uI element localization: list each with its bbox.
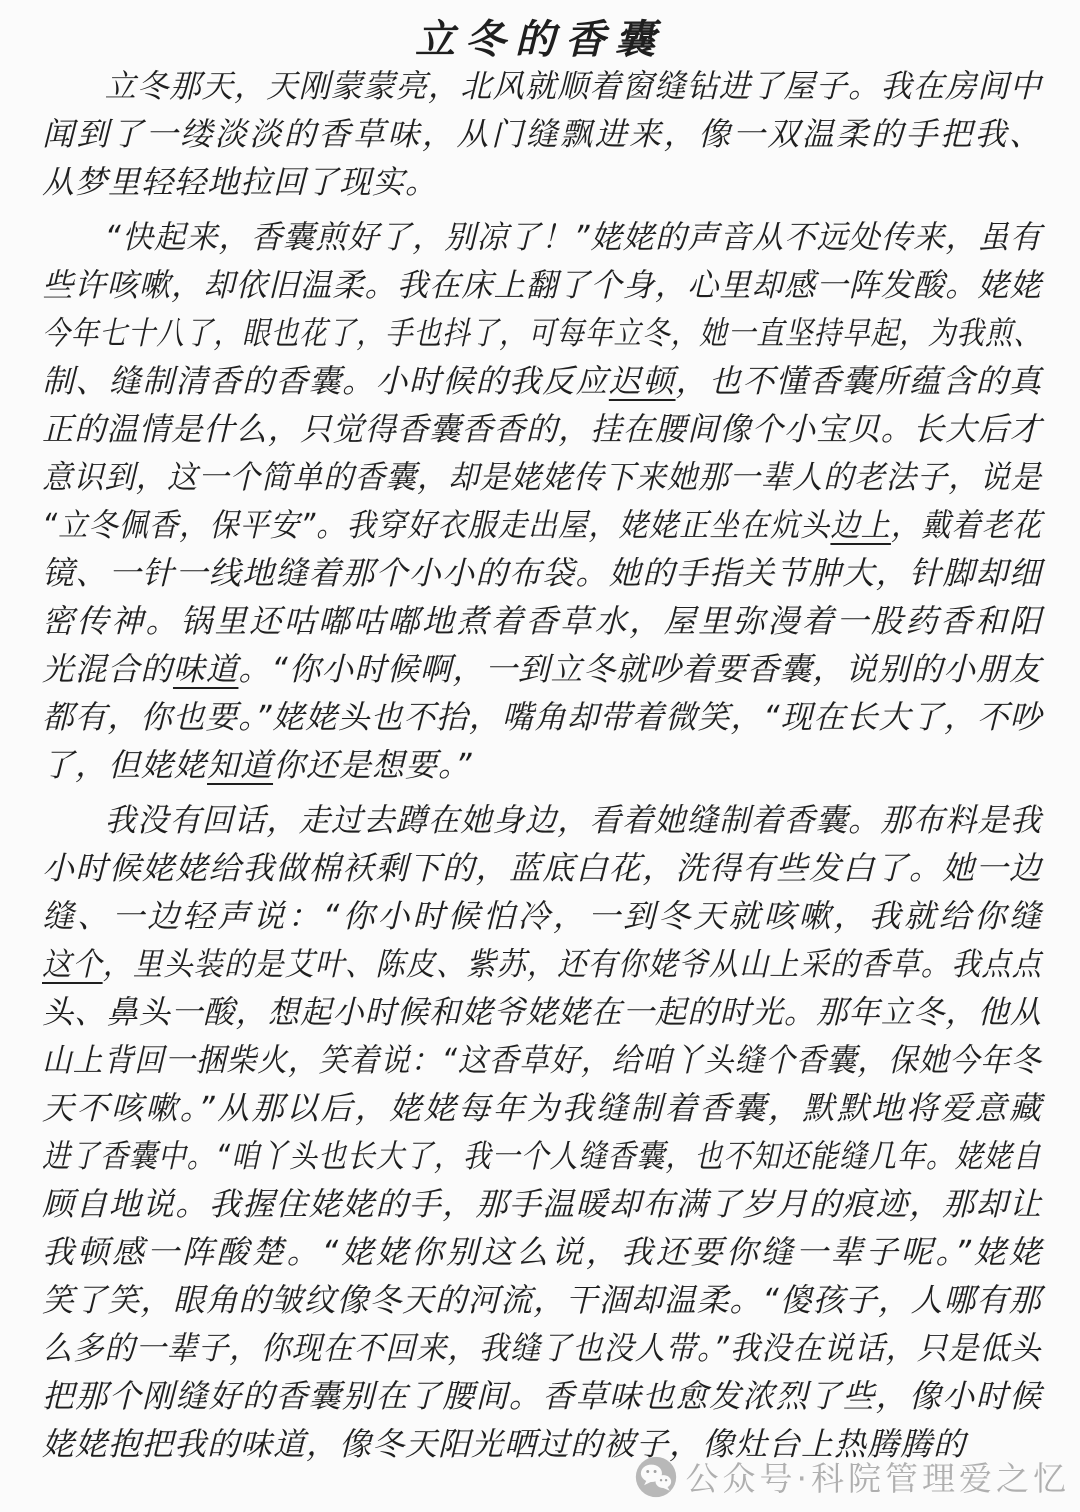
essay-title: 立冬的香囊 bbox=[0, 8, 1080, 65]
essay-line: 我顿感一阵酸楚。“姥姥你别这么说，我还要你缝一辈子呢。”姥姥 bbox=[42, 1228, 1042, 1276]
essay-line: 缝、一边轻声说：“你小时候怕冷，一到冬天就咳嗽，我就给你缝 bbox=[42, 892, 1042, 940]
essay-line: 顾自地说。我握住姥姥的手，那手温暖却布满了岁月的痕迹，那却让 bbox=[42, 1180, 1042, 1228]
essay-line: 小时候姥姥给我做棉袄剩下的，蓝底白花，洗得有些发白了。她一边 bbox=[42, 844, 1042, 892]
essay-line: 山上背回一捆柴火，笑着说：“这香草好，给咱丫头缝个香囊，保她今年冬 bbox=[42, 1036, 973, 1084]
handwritten-essay-page: 立冬的香囊 立冬那天，天刚蒙蒙亮，北风就顺着窗缝钻进了屋子。我在房间中闻到了一缕… bbox=[0, 0, 1080, 1512]
essay-line: 镜、一针一线地缝着那个小小的布袋。她的手指关节肿大，针脚却细 bbox=[42, 549, 1042, 597]
essay-line: 制、缝制清香的香囊。小时候的我反应迟顿，也不懂香囊所蕴含的真 bbox=[42, 357, 1042, 405]
essay-line: 从梦里轻轻地拉回了现实。 bbox=[42, 158, 1042, 206]
essay-line: 密传神。锅里还咕嘟咕嘟地煮着香草水，屋里弥漫着一股药香和阳 bbox=[42, 597, 1042, 645]
essay-line: 立冬那天，天刚蒙蒙亮，北风就顺着窗缝钻进了屋子。我在房间中 bbox=[42, 62, 1021, 110]
paragraph: “快起来，香囊煎好了，别凉了！”姥姥的声音从不远处传来，虽有些许咳嗽，却依旧温柔… bbox=[42, 213, 1042, 789]
paragraph: 我没有回话，走过去蹲在她身边，看着她缝制着香囊。那布料是我小时候姥姥给我做棉袄剩… bbox=[42, 796, 1042, 1468]
essay-line: 光混合的味道。“你小时候啊，一到立冬就吵着要香囊，说别的小朋友 bbox=[42, 645, 1034, 693]
essay-line: 了，但姥姥知道你还是想要。” bbox=[42, 741, 1042, 789]
essay-line: 正的温情是什么，只觉得香囊香香的，挂在腰间像个小宝贝。长大后才 bbox=[42, 405, 1020, 453]
essay-line: 都有，你也要。”姥姥头也不抬，嘴角却带着微笑，“现在长大了，不吵 bbox=[42, 693, 1033, 741]
essay-line: 闻到了一缕淡淡的香草味，从门缝飘进来，像一双温柔的手把我、 bbox=[42, 110, 1042, 158]
essay-line: 笑了笑，眼角的皱纹像冬天的河流，干涸却温柔。“傻孩子，人哪有那 bbox=[42, 1276, 1034, 1324]
essay-line: 姥姥抱把我的味道，像冬天阳光晒过的被子，像灶台上热腾腾的 bbox=[42, 1420, 1042, 1468]
paragraph: 立冬那天，天刚蒙蒙亮，北风就顺着窗缝钻进了屋子。我在房间中闻到了一缕淡淡的香草味… bbox=[42, 62, 1042, 206]
essay-line: 意识到，这一个简单的香囊，却是姥姥传下来她那一辈人的老法子，说是 bbox=[42, 453, 989, 501]
essay-line: 天不咳嗽。”从那以后，姥姥每年为我缝制着香囊，默默地将爱意藏 bbox=[42, 1084, 1042, 1132]
essay-line: “快起来，香囊煎好了，别凉了！”姥姥的声音从不远处传来，虽有 bbox=[42, 213, 1020, 261]
essay-line: 些许咳嗽，却依旧温柔。我在床上翻了个身，心里却感一阵发酸。姥姥 bbox=[42, 261, 1020, 309]
essay-line: 进了香囊中。“咱丫头也长大了，我一个人缝香囊，也不知还能缝几年。姥姥自 bbox=[42, 1132, 919, 1180]
essay-body: 立冬那天，天刚蒙蒙亮，北风就顺着窗缝钻进了屋子。我在房间中闻到了一缕淡淡的香草味… bbox=[42, 62, 1042, 1468]
essay-line: 这个，里头装的是艾叶、陈皮、紫苏，还有你姥爷从山上采的香草。我点点 bbox=[42, 940, 960, 988]
essay-line: 把那个刚缝好的香囊别在了腰间。香草味也愈发浓烈了些，像小时候 bbox=[42, 1372, 1042, 1420]
essay-line: 头、鼻头一酸，想起小时候和姥爷姥姥在一起的时光。那年立冬，他从 bbox=[42, 988, 1020, 1036]
essay-line: 么多的一辈子，你现在不回来，我缝了也没人带。”我没在说话，只是低头 bbox=[42, 1324, 987, 1372]
essay-line: “立冬佩香，保平安”。我穿好衣服走出屋，姥姥正坐在炕头边上，戴着老花 bbox=[42, 501, 959, 549]
essay-line: 我没有回话，走过去蹲在她身边，看着她缝制着香囊。那布料是我 bbox=[42, 796, 1021, 844]
essay-line: 今年七十八了，眼也花了，手也抖了，可每年立冬，她一直坚持早起，为我煎、 bbox=[42, 309, 908, 357]
